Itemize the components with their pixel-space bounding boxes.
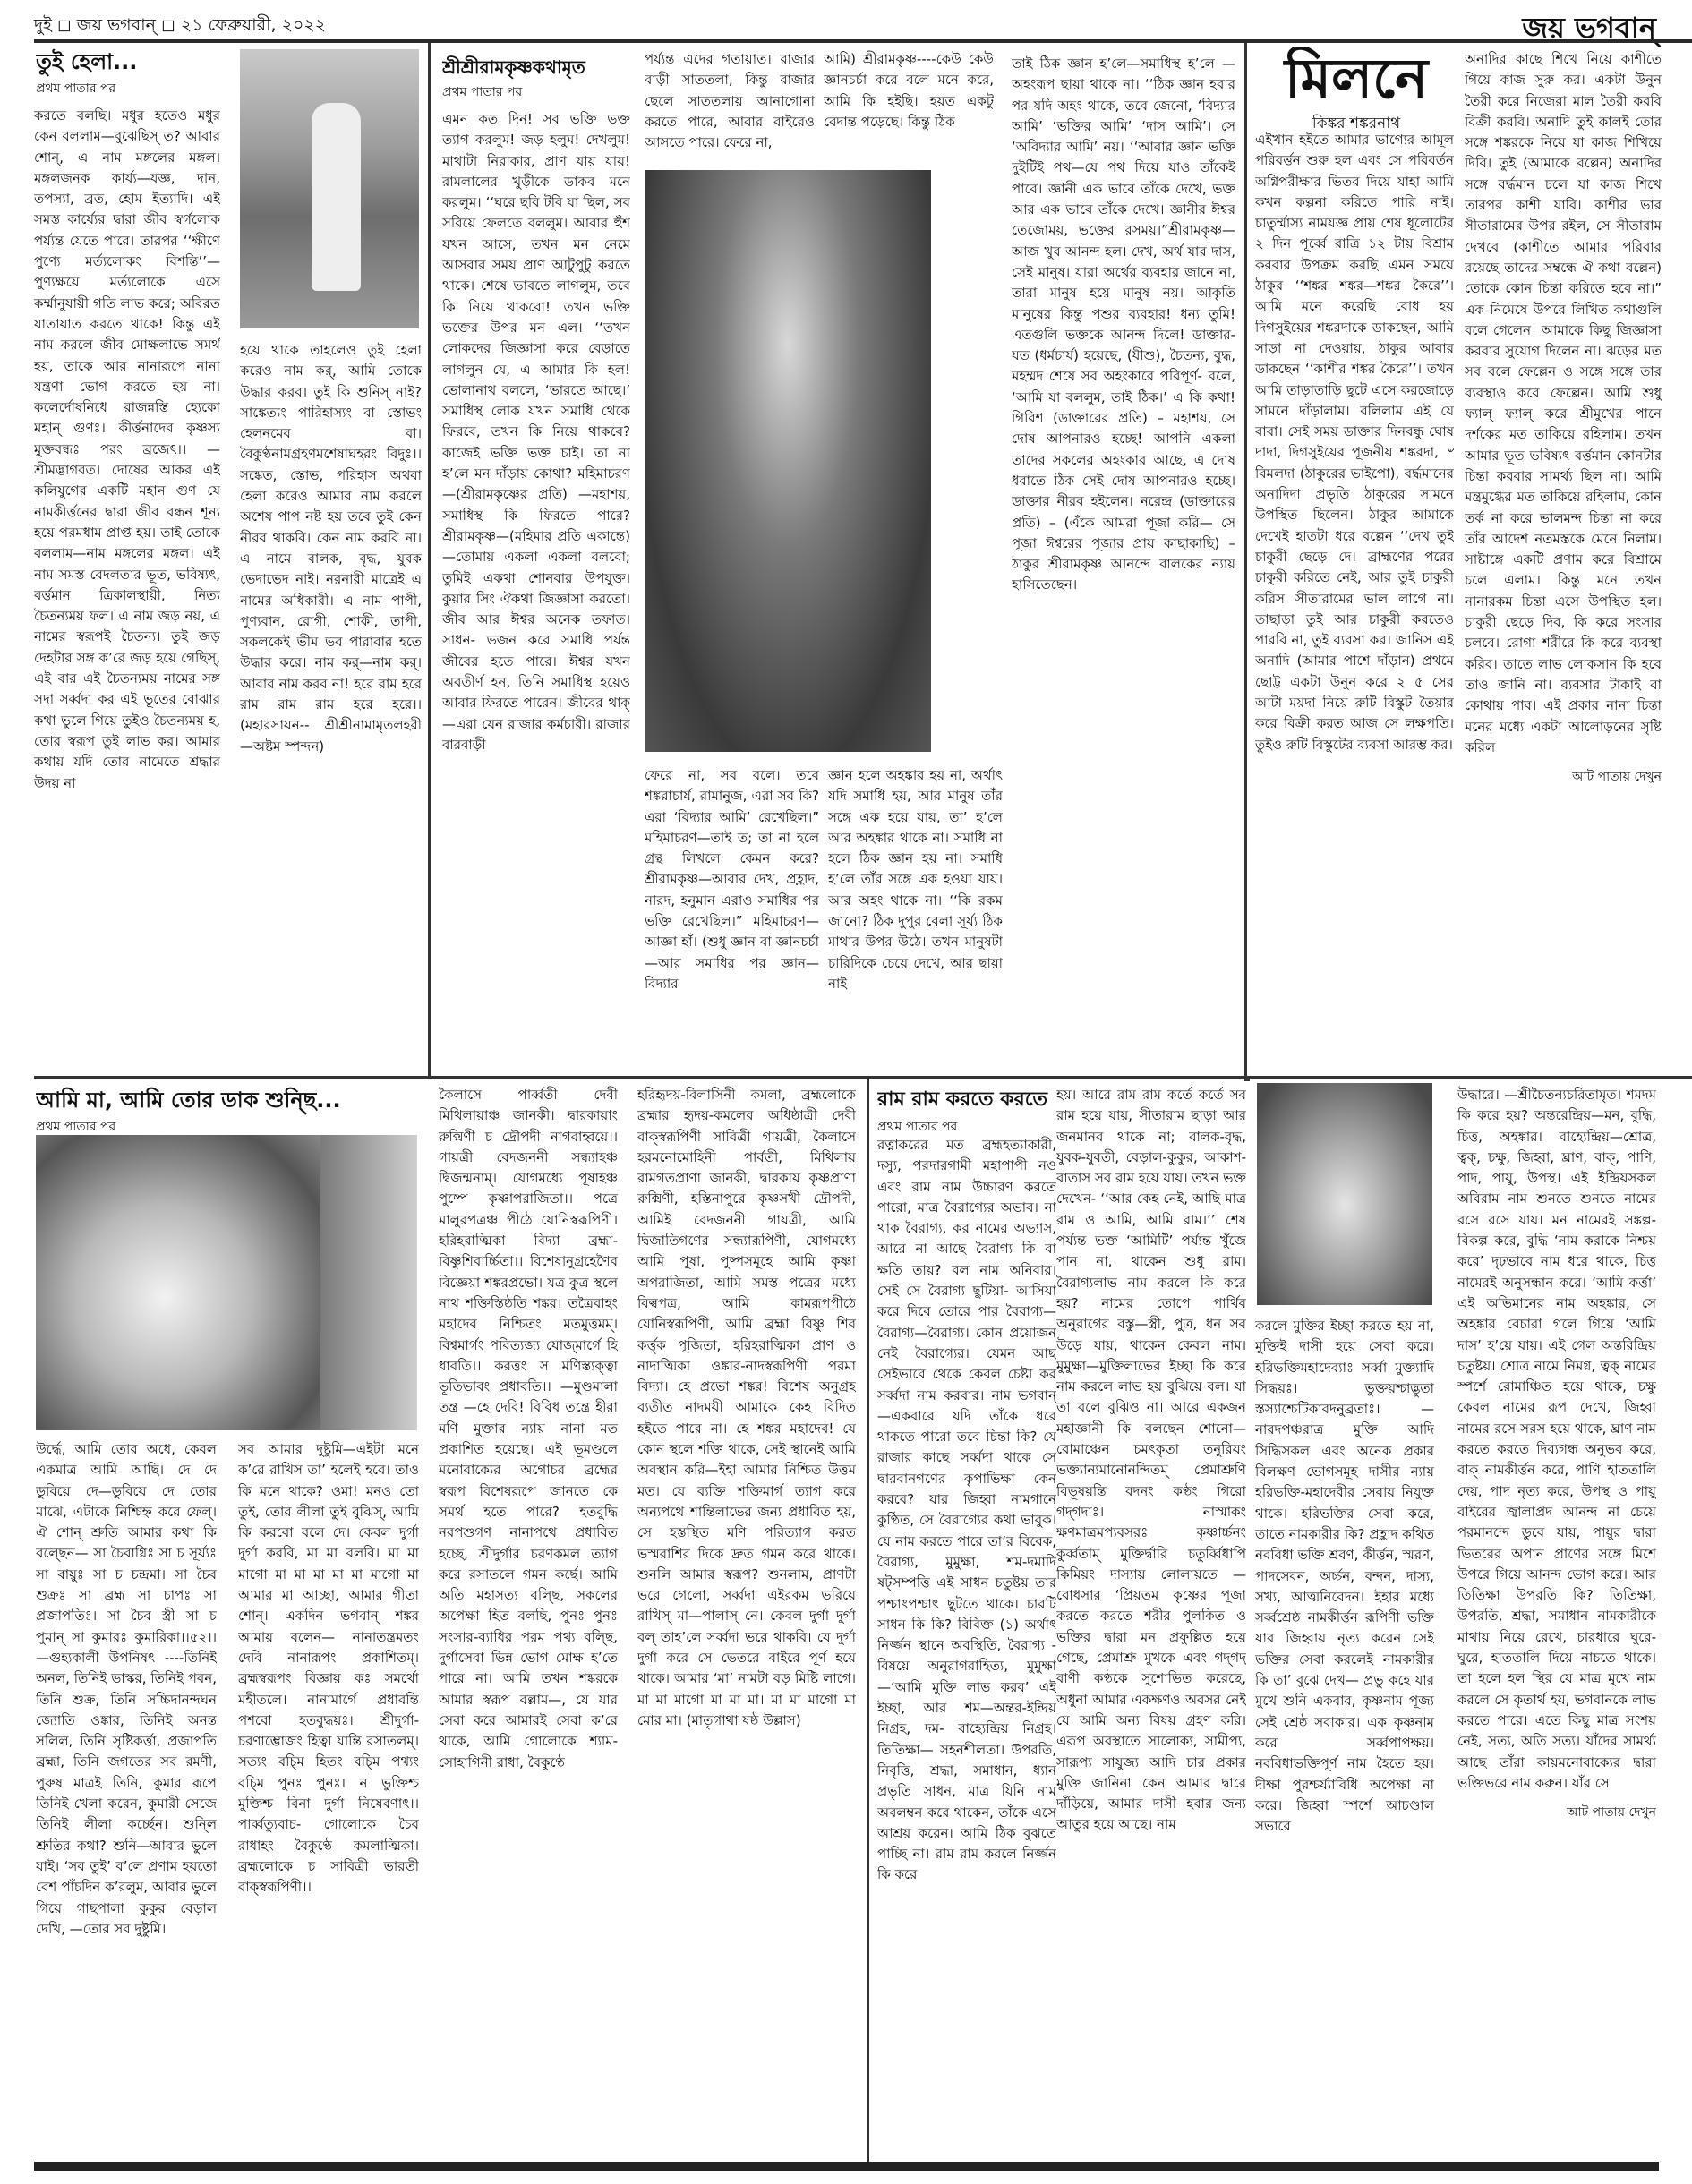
continued-link[interactable]: আট পাতায় দেখুন — [1457, 1794, 1656, 1823]
article-ram-ram-col1: রত্নাকরের মত ব্রহ্মহত্যাকারী, দস্যু, পরদ… — [877, 1135, 1056, 2155]
article-title: মিলনে — [1253, 47, 1459, 111]
bottom-rule — [34, 2162, 1659, 2171]
article-milane-header: মিলনে কিঙ্কর শঙ্করনাথ — [1253, 47, 1459, 136]
article-tui-hela-col1: করতে বলছি। মধুর হতেও মধুর কেন বললাম—বুঝে… — [34, 106, 220, 1074]
divider — [867, 1079, 869, 2162]
divider — [1244, 43, 1247, 1077]
article-tui-hela-col2: হয়ে থাকে তাহলেও তুই হেলা করেও নাম কর্, … — [240, 340, 422, 1056]
article-title: রাম রাম করতে করতে — [877, 1085, 1074, 1115]
article-kathamrita-header: শ্রীশ্রীরামকৃষ্ণকথামৃত প্রথম পাতার পর — [442, 54, 630, 107]
article-title: আমি মা, আমি তোর ডাক শুন্ছি... — [36, 1085, 412, 1115]
newspaper-logo: জয় ভগবান্ — [1522, 5, 1656, 54]
article-tui-hela-header: তুই হেলা... প্রথম পাতার পর — [36, 47, 233, 109]
article-ram-ram-header: রাম রাম করতে করতে প্রথম পাতার পর — [877, 1085, 1074, 1139]
middle-rule — [34, 1076, 1692, 1079]
continued-link[interactable]: আট পাতায় দেখুন — [1465, 758, 1662, 788]
article-subtitle: প্রথম পাতার পর — [442, 81, 630, 104]
article-ram-ram-col2: হয়। আরে রাম রাম কর্তে কর্তে সব রাম হয়ে… — [1056, 1085, 1246, 2154]
article-kathamrita-col2-top: পর্য্যন্ত এদের গতায়াত। রাজার বাড়ী সাতত… — [645, 49, 815, 175]
article-ami-ma-col3: কৈলাসে পার্ব্বতী দেবী মিথিলায়াঞ্চ জানকী… — [439, 1085, 618, 2154]
standing-monk-photo — [240, 49, 419, 328]
article-subtitle: প্রথম পাতার পর — [36, 77, 233, 100]
article-text: অনাদির কাছে শিখে নিয়ে কাশীতে গিয়ে কাজ … — [1465, 49, 1662, 758]
article-title: তুই হেলা... — [36, 47, 233, 77]
article-text: উদ্ধারে। —শ্রীচৈতন্যচরিতামৃত। শমদম কি কর… — [1457, 1085, 1656, 1794]
deity-idol-photo — [645, 170, 931, 752]
divider — [428, 43, 431, 1077]
article-ami-ma-header: আমি মা, আমি তোর ডাক শুন্ছি... প্রথম পাতা… — [36, 1085, 412, 1139]
article-kathamrita-col4: তাই ঠিক জ্ঞান হ’লে—সমাধিস্থ হ’লে —অহংরূপ… — [1012, 54, 1235, 1074]
article-ami-ma-col4: হরিহৃদয়-বিলাসিনী কমলা, ব্রহ্মলোকে ব্রহ্… — [637, 1085, 856, 2154]
issue-line: দুই ◻ জয় ভগবান্ ◻ ২১ ফেব্রুয়ারী, ২০২২ — [34, 13, 326, 41]
elderly-sage-photo-shoulder — [320, 1135, 417, 1430]
article-ram-ram-col4: উদ্ধারে। —শ্রীচৈতন্যচরিতামৃত। শমদম কি কর… — [1457, 1085, 1656, 2159]
article-kathamrita-col1: এমন কত দিন! সব ভক্তি ভক্ত ত্যাগ করলুম! জ… — [442, 109, 630, 1071]
article-title: শ্রীশ্রীরামকৃষ্ণকথামৃত — [442, 54, 630, 81]
right-box-frame — [1244, 1079, 1250, 1081]
elderly-sage-photo — [36, 1135, 320, 1430]
article-kathamrita-col3-bottom: জ্ঞান হলে অহঙ্কার হয় না, অর্থাৎ যদি সমা… — [828, 765, 1003, 1074]
article-ami-ma-col1: উর্দ্ধে, আমি তোর অধে, কেবল একমাত্র আমি আ… — [36, 1439, 217, 2155]
bearded-sage-portrait — [1257, 1083, 1432, 1305]
masthead: দুই ◻ জয় ভগবান্ ◻ ২১ ফেব্রুয়ারী, ২০২২ … — [0, 0, 1692, 43]
article-milane-col1: এইখান হইতে আমার ভাগ্যের আমূল পরিবর্ত্তন … — [1255, 130, 1454, 1070]
article-ami-ma-col2: সব আমার দুষ্টুমি—এইটা মনে ক’রে রাখিস তা’… — [238, 1439, 419, 2155]
article-kathamrita-col2-bottom: ফেরে না, সব বলে। তবে শঙ্করাচার্য, রামানু… — [645, 765, 819, 1074]
article-ram-ram-col3: করলে মুক্তির ইচ্ছা করতে হয় না, মুক্তিই … — [1255, 1316, 1434, 2157]
article-milane-col2: অনাদির কাছে শিখে নিয়ে কাশীতে গিয়ে কাজ … — [1465, 49, 1662, 1074]
top-rule — [34, 39, 1692, 43]
article-kathamrita-col3-top: আমি) শ্রীরামকৃষ্ণ----কেউ কেউ জ্ঞানচর্চা … — [824, 49, 994, 175]
